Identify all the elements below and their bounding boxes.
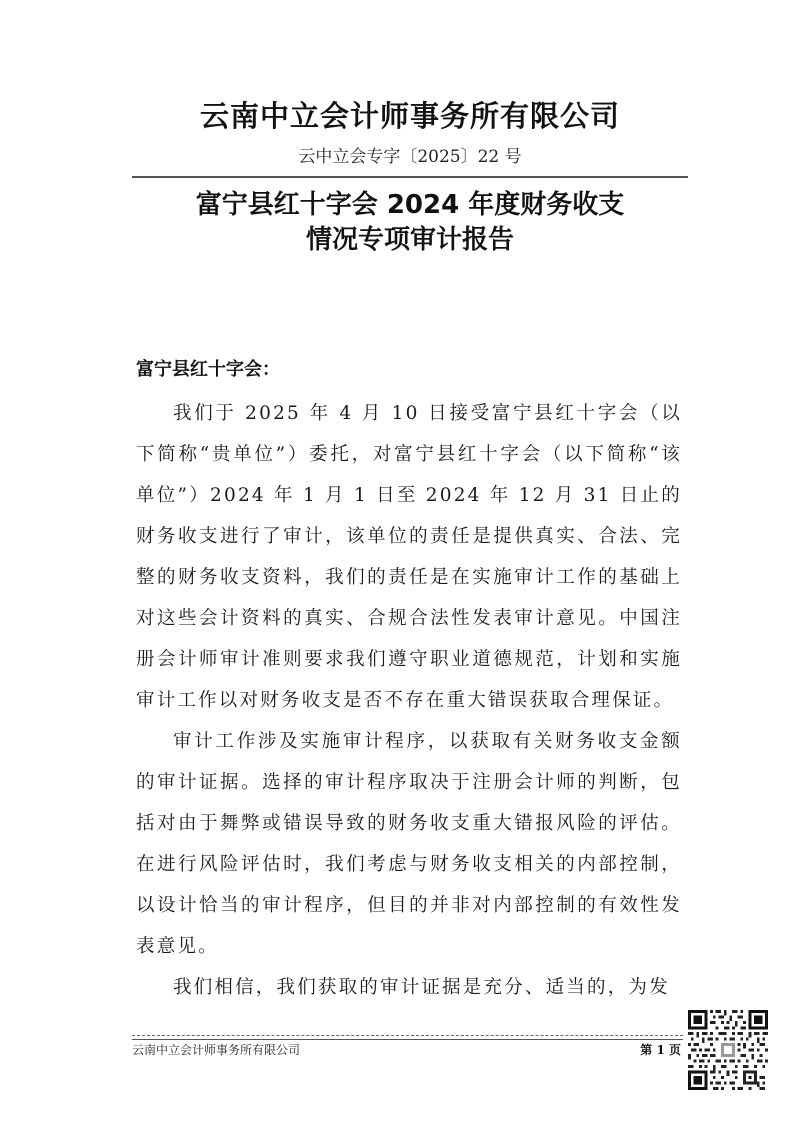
company-name-heading: 云南中立会计师事务所有限公司 xyxy=(132,98,688,134)
body-paragraph-2: 审计工作涉及实施审计程序，以获取有关财务收支金额的审计证据。选择的审计程序取决于… xyxy=(136,721,682,967)
body-paragraph-3: 我们相信，我们获取的审计证据是充分、适当的，为发 xyxy=(136,967,682,1008)
document-number: 云中立会专字〔2025〕22 号 xyxy=(132,145,688,169)
letter-body: 我们于 2025 年 4 月 10 日接受富宁县红十字会（以下简称“贵单位”）委… xyxy=(136,393,682,1008)
footer-company-name: 云南中立会计师事务所有限公司 xyxy=(132,1042,300,1058)
body-paragraph-1: 我们于 2025 年 4 月 10 日接受富宁县红十字会（以下简称“贵单位”）委… xyxy=(136,393,682,721)
salutation: 富宁县红十字会： xyxy=(136,356,280,384)
report-title: 富宁县红十字会 2024 年度财务收支 情况专项审计报告 xyxy=(132,188,688,258)
header-divider xyxy=(132,176,688,178)
footer-page-number: 第 1 页 xyxy=(640,1042,681,1058)
footer-solid-rule xyxy=(132,1039,683,1040)
footer-dashed-rule xyxy=(132,1035,683,1036)
report-title-line-1: 富宁县红十字会 2024 年度财务收支 xyxy=(132,188,688,223)
qr-code-icon xyxy=(688,1010,768,1090)
report-title-line-2: 情况专项审计报告 xyxy=(132,223,688,258)
document-page: 云南中立会计师事务所有限公司 云中立会专字〔2025〕22 号 富宁县红十字会 … xyxy=(0,0,793,1122)
